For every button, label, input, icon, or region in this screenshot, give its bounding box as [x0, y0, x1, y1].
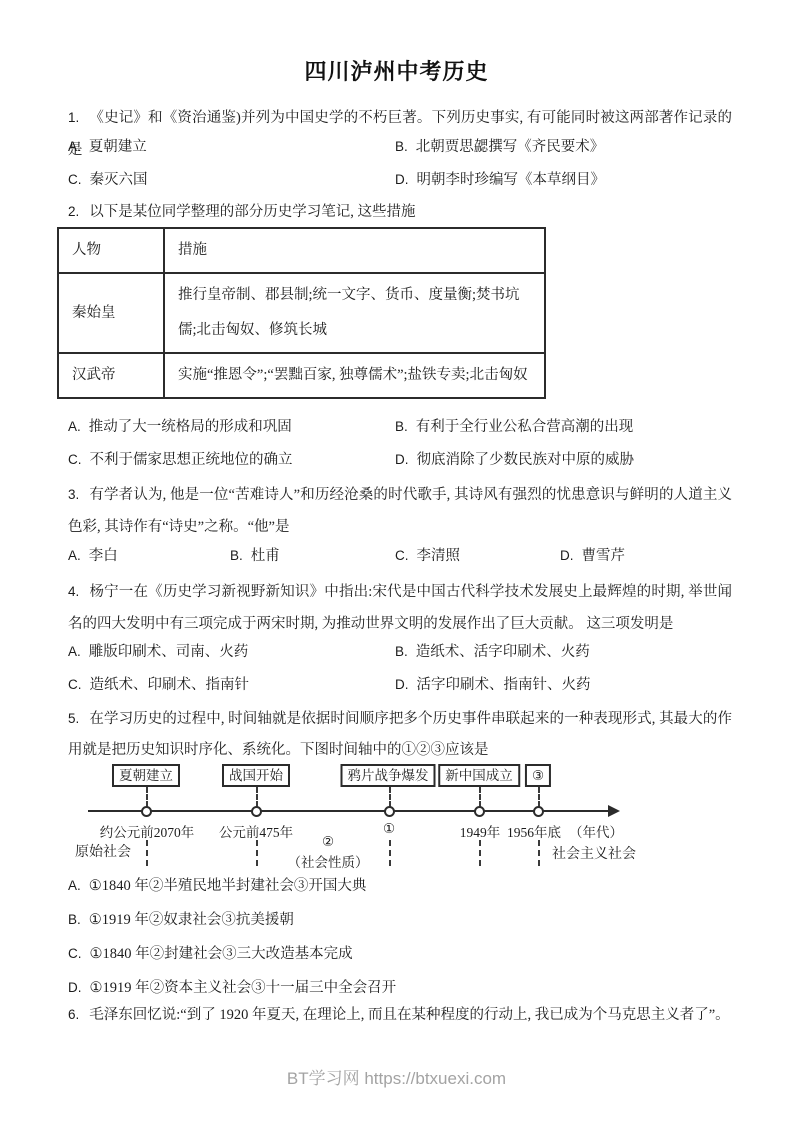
question-text: 有学者认为, 他是一位“苦难诗人”和历经沧桑的时代歌手, 其诗风有强烈的忧患意识… [68, 487, 732, 535]
timeline-event-box: 夏朝建立 [112, 764, 180, 787]
timeline-connector [256, 840, 258, 866]
option-text: 雕版印刷术、司南、火药 [89, 644, 249, 660]
option-b: B.有利于全行业公私合营高潮的出现 [395, 417, 732, 437]
option-text: 曹雪芹 [582, 548, 626, 564]
option-text: 李白 [89, 548, 118, 564]
option-a: A.李白 [68, 546, 230, 566]
question-text: 毛泽东回忆说:“到了 1920 年夏天, 在理论上, 而且在某种程度的行动上, … [89, 1007, 729, 1023]
timeline-event-label: 新中国成立 [445, 768, 513, 783]
question-4: 4.杨宁一在《历史学习新视野新知识》中指出:宋代是中国古代科学技术发展史上最辉煌… [68, 576, 732, 640]
timeline-point [384, 806, 395, 817]
timeline-event-box: 战国开始 [222, 764, 290, 787]
timeline-event-label: 鸦片战争爆发 [348, 768, 429, 783]
option-label: C. [68, 452, 82, 467]
timeline-event-label: ③ [532, 768, 544, 783]
option-label: B. [395, 644, 408, 659]
timeline-era-right: 社会主义社会 [552, 843, 636, 863]
question-3-options: A.李白 B.杜甫 C.李清照 D.曹雪芹 [68, 546, 732, 566]
option-label: B. [395, 419, 408, 434]
option-d: D.彻底消除了少数民族对中原的威胁 [395, 450, 732, 470]
table-cell-measures: 推行皇帝制、郡县制;统一文字、货币、度量衡;焚书坑儒;北击匈奴、修筑长城 [164, 273, 545, 353]
option-d: D.曹雪芹 [560, 546, 732, 566]
option-text: ①1919 年②资本主义社会③十一届三中全会召开 [90, 980, 397, 996]
timeline-connector [146, 840, 148, 866]
option-label: D. [395, 452, 409, 467]
option-c: C.不利于儒家思想正统地位的确立 [68, 450, 395, 470]
timeline-date: 约公元前2070年 [100, 821, 195, 841]
question-number: 3. [68, 487, 79, 502]
timeline-diagram: 夏朝建立 战国开始 鸦片战争爆发 新中国成立 ③ 约公元前2070年 公元前47… [75, 760, 715, 872]
option-a: A.夏朝建立 [68, 137, 395, 157]
question-number: 6. [68, 1007, 79, 1022]
timeline-connector [146, 787, 148, 807]
timeline-connector [538, 787, 540, 807]
option-label: A. [68, 548, 81, 563]
page-title: 四川泸州中考历史 [0, 55, 793, 86]
timeline-connector [479, 840, 481, 866]
timeline-date: 1956年底（年代） [507, 821, 623, 841]
timeline-event-box: 新中国成立 [438, 764, 520, 787]
option-text: 活字印刷术、指南针、火药 [417, 677, 591, 693]
option-label: A. [68, 644, 81, 659]
question-text: 以下是某位同学整理的部分历史学习笔记, 这些措施 [89, 204, 415, 220]
option-label: B. [68, 912, 81, 927]
option-label: A. [68, 878, 81, 893]
question-4-options: A.雕版印刷术、司南、火药 B.造纸术、活字印刷术、火药 C.造纸术、印刷术、指… [68, 642, 732, 695]
timeline-connector [538, 840, 540, 866]
question-2: 2.以下是某位同学整理的部分历史学习笔记, 这些措施 [68, 196, 732, 228]
option-text: 北朝贾思勰撰写《齐民要术》 [416, 139, 605, 155]
table-cell-person: 秦始皇 [58, 273, 164, 353]
option-text: ①1840 年②封建社会③三大改造基本完成 [90, 946, 353, 962]
timeline-point [474, 806, 485, 817]
table-row: 汉武帝 实施“推恩令”;“罢黜百家, 独尊儒术”;盐铁专卖;北击匈奴 [58, 353, 545, 398]
option-label: C. [68, 677, 82, 692]
timeline-point [251, 806, 262, 817]
timeline-date-value: 1956年底 [507, 825, 561, 840]
table-cell-measures: 实施“推恩令”;“罢黜百家, 独尊儒术”;盐铁专卖;北击匈奴 [164, 353, 545, 398]
question-1-options: A.夏朝建立 B.北朝贾思勰撰写《齐民要术》 C.秦灭六国 D.明朝李时珍编写《… [68, 137, 732, 190]
timeline-connector [256, 787, 258, 807]
option-label: D. [68, 980, 82, 995]
option-a: A.推动了大一统格局的形成和巩固 [68, 417, 395, 437]
question-5-options: A.①1840 年②半殖民地半封建社会③开国大典 B.①1919 年②奴隶社会③… [68, 869, 732, 1005]
option-label: D. [395, 172, 409, 187]
option-d: D.活字印刷术、指南针、火药 [395, 675, 732, 695]
option-text: 秦灭六国 [90, 172, 148, 188]
timeline-event-label: 战国开始 [229, 768, 283, 783]
option-c: C.秦灭六国 [68, 170, 395, 190]
option-text: 杜甫 [251, 548, 280, 564]
timeline-date: 1949年 [460, 821, 501, 841]
option-label: C. [68, 946, 82, 961]
option-b: B.造纸术、活字印刷术、火药 [395, 642, 732, 662]
timeline-connector [479, 787, 481, 807]
option-label: B. [395, 139, 408, 154]
option-text: 不利于儒家思想正统地位的确立 [90, 452, 293, 468]
option-label: A. [68, 139, 81, 154]
option-label: D. [395, 677, 409, 692]
notes-table: 人物 措施 秦始皇 推行皇帝制、郡县制;统一文字、货币、度量衡;焚书坑儒;北击匈… [57, 227, 546, 399]
option-b: B.北朝贾思勰撰写《齐民要术》 [395, 137, 732, 157]
question-text: 杨宁一在《历史学习新视野新知识》中指出:宋代是中国古代科学技术发展史上最辉煌的时… [68, 584, 732, 632]
question-number: 2. [68, 204, 79, 219]
timeline-connector [389, 840, 391, 866]
option-label: C. [395, 548, 409, 563]
option-c: C.造纸术、印刷术、指南针 [68, 675, 395, 695]
timeline-connector [389, 787, 391, 807]
timeline-date: 公元前475年 [219, 821, 293, 841]
timeline-event-box: ③ [525, 764, 551, 787]
timeline-arrowhead-icon [608, 805, 620, 817]
table-header-measures: 措施 [164, 228, 545, 273]
timeline-axis-unit: （年代） [569, 825, 623, 840]
option-text: ①1919 年②奴隶社会③抗美援朝 [89, 912, 294, 928]
table-header-row: 人物 措施 [58, 228, 545, 273]
timeline-mid-label: （社会性质） [288, 851, 369, 871]
question-text: 在学习历史的过程中, 时间轴就是依据时间顺序把多个历史事件串联起来的一种表现形式… [68, 711, 732, 758]
option-c: C.李清照 [395, 546, 560, 566]
footer-link[interactable]: BT学习网 https://btxuexi.com [287, 1069, 506, 1088]
question-number: 5. [68, 711, 79, 726]
question-2-options: A.推动了大一统格局的形成和巩固 B.有利于全行业公私合营高潮的出现 C.不利于… [68, 417, 732, 470]
option-c: C.①1840 年②封建社会③三大改造基本完成 [68, 937, 732, 971]
timeline-point [141, 806, 152, 817]
question-3: 3.有学者认为, 他是一位“苦难诗人”和历经沧桑的时代歌手, 其诗风有强烈的忧患… [68, 479, 732, 543]
option-text: 彻底消除了少数民族对中原的威胁 [417, 452, 635, 468]
timeline-date: ① [383, 821, 395, 837]
timeline-mid-mark: ② [322, 834, 334, 850]
table-row: 秦始皇 推行皇帝制、郡县制;统一文字、货币、度量衡;焚书坑儒;北击匈奴、修筑长城 [58, 273, 545, 353]
option-d: D.明朝李时珍编写《本草纲目》 [395, 170, 732, 190]
timeline-point [533, 806, 544, 817]
table-header-person: 人物 [58, 228, 164, 273]
timeline-event-box: 鸦片战争爆发 [341, 764, 436, 787]
option-text: 李清照 [417, 548, 461, 564]
timeline-era-left: 原始社会 [75, 841, 131, 861]
option-text: 推动了大一统格局的形成和巩固 [89, 419, 292, 435]
question-5: 5.在学习历史的过程中, 时间轴就是依据时间顺序把多个历史事件串联起来的一种表现… [68, 703, 732, 766]
question-number: 1. [68, 110, 79, 125]
timeline-event-label: 夏朝建立 [119, 768, 173, 783]
question-6: 6.毛泽东回忆说:“到了 1920 年夏天, 在理论上, 而且在某种程度的行动上… [68, 999, 732, 1031]
option-text: 有利于全行业公私合营高潮的出现 [416, 419, 634, 435]
option-text: 造纸术、活字印刷术、火药 [416, 644, 590, 660]
question-number: 4. [68, 584, 79, 599]
option-text: ①1840 年②半殖民地半封建社会③开国大典 [89, 878, 367, 894]
option-a: A.①1840 年②半殖民地半封建社会③开国大典 [68, 869, 732, 903]
footer: BT学习网 https://btxuexi.com [0, 1064, 793, 1089]
option-b: B.杜甫 [230, 546, 395, 566]
option-text: 造纸术、印刷术、指南针 [90, 677, 250, 693]
option-text: 夏朝建立 [89, 139, 147, 155]
option-label: B. [230, 548, 243, 563]
table-cell-person: 汉武帝 [58, 353, 164, 398]
option-a: A.雕版印刷术、司南、火药 [68, 642, 395, 662]
option-text: 明朝李时珍编写《本草纲目》 [417, 172, 606, 188]
option-b: B.①1919 年②奴隶社会③抗美援朝 [68, 903, 732, 937]
option-label: C. [68, 172, 82, 187]
option-label: D. [560, 548, 574, 563]
option-label: A. [68, 419, 81, 434]
